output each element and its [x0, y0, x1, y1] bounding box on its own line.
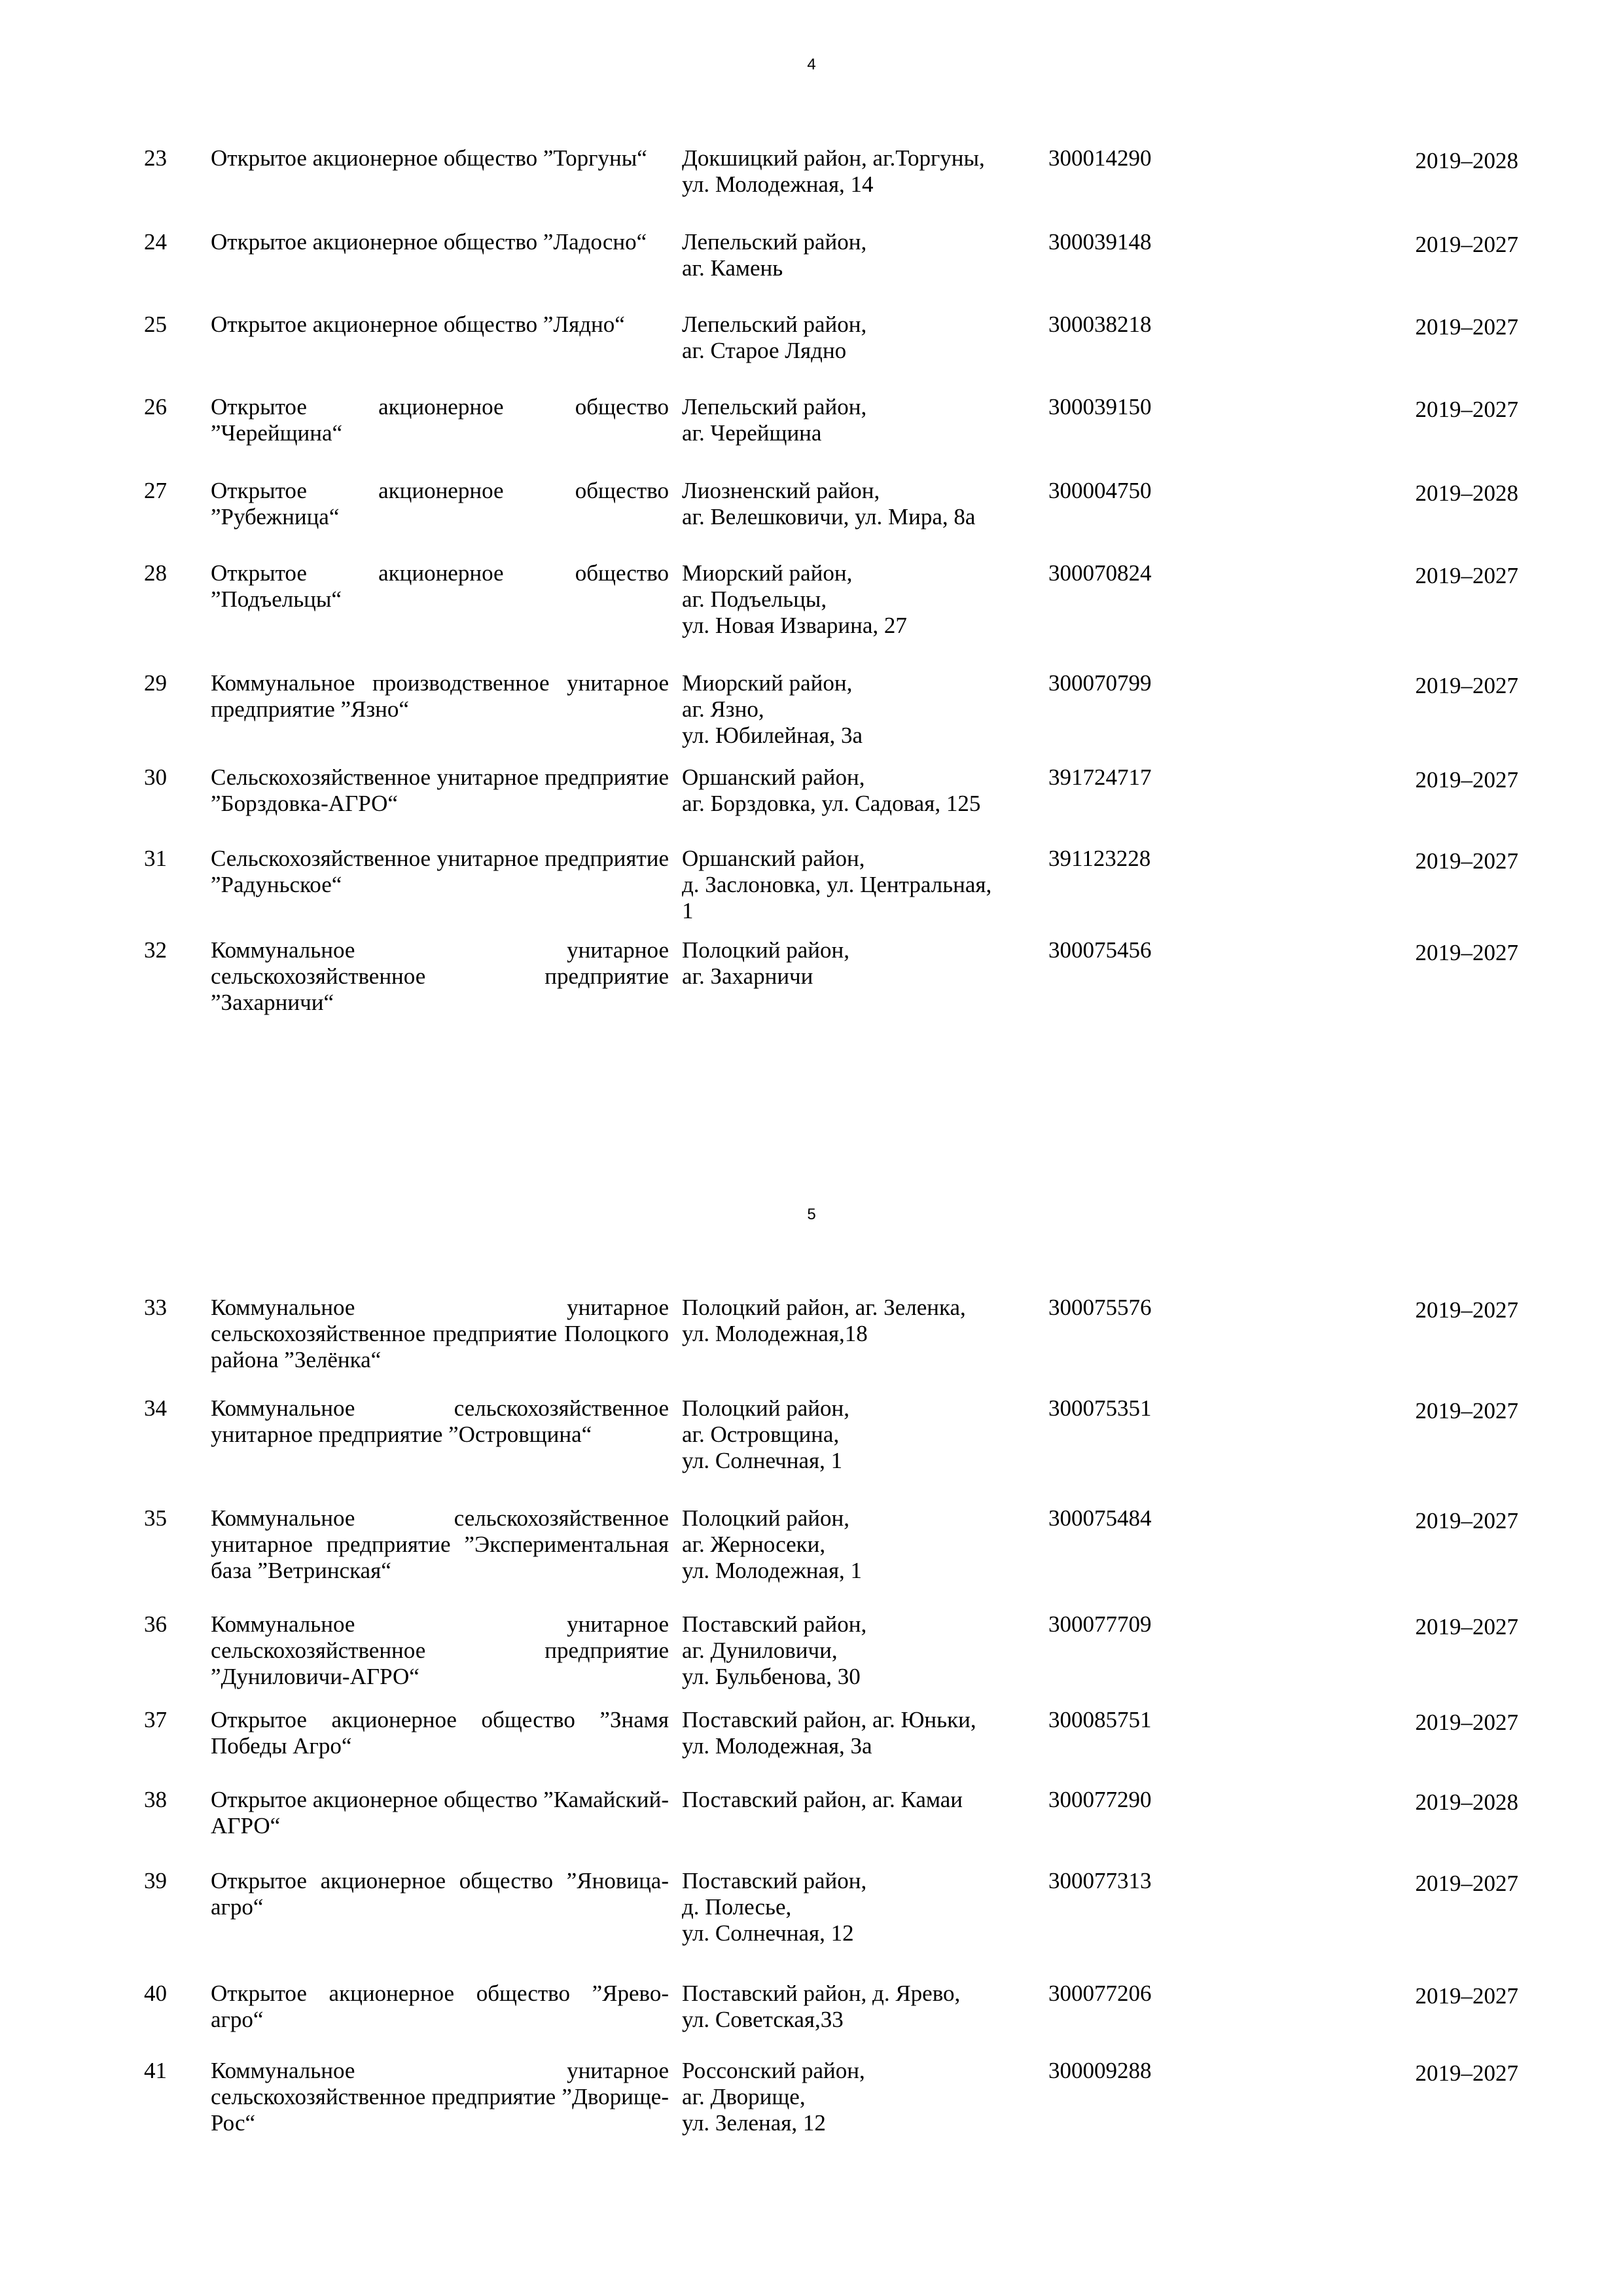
table-row: 32 Коммунальное унитарное сельскохозяйст…	[131, 937, 1518, 1022]
table-row: 35 Коммунальное сельскохозяйственное уни…	[131, 1505, 1518, 1611]
enterprise-address: Поставский район, аг. Камаи	[682, 1787, 1048, 1868]
enterprise-name: Открытое акционерное общество ”Черейщина…	[211, 394, 682, 478]
row-number: 29	[131, 670, 211, 764]
program-period: 2019–2027	[1284, 670, 1518, 764]
enterprise-code: 300014290	[1048, 145, 1284, 229]
enterprise-code: 391724717	[1048, 764, 1284, 846]
enterprise-code: 300039150	[1048, 394, 1284, 478]
enterprise-address: Миорский район, аг. Подъельцы, ул. Новая…	[682, 560, 1048, 670]
program-period: 2019–2027	[1284, 1611, 1518, 1707]
enterprise-name: Коммунальное унитарное сельскохозяйствен…	[211, 1295, 682, 1395]
enterprise-table-page-5: 33 Коммунальное унитарное сельскохозяйст…	[131, 1295, 1518, 2149]
enterprise-name: Открытое акционерное общество ”Камайский…	[211, 1787, 682, 1868]
enterprise-address: Поставский район, д. Ярево, ул. Советска…	[682, 1981, 1048, 2058]
enterprise-address: Миорский район, аг. Язно, ул. Юбилейная,…	[682, 670, 1048, 764]
row-number: 24	[131, 229, 211, 312]
enterprise-code: 300075576	[1048, 1295, 1284, 1395]
row-number: 23	[131, 145, 211, 229]
enterprise-name: Коммунальное сельскохозяйственное унитар…	[211, 1395, 682, 1505]
program-period: 2019–2027	[1284, 846, 1518, 937]
enterprise-address: Полоцкий район, аг. Зеленка, ул. Молодеж…	[682, 1295, 1048, 1395]
enterprise-name: Сельскохозяйственное унитарное предприят…	[211, 764, 682, 846]
enterprise-name: Коммунальное унитарное сельскохозяйствен…	[211, 2058, 682, 2149]
enterprise-address: Лиозненский район, аг. Велешковичи, ул. …	[682, 478, 1048, 560]
program-period: 2019–2027	[1284, 937, 1518, 1022]
enterprise-name: Сельскохозяйственное унитарное предприят…	[211, 846, 682, 937]
program-period: 2019–2028	[1284, 145, 1518, 229]
enterprise-address: Оршанский район, аг. Борздовка, ул. Садо…	[682, 764, 1048, 846]
table-row: 30 Сельскохозяйственное унитарное предпр…	[131, 764, 1518, 846]
enterprise-address: Лепельский район, аг. Черейщина	[682, 394, 1048, 478]
enterprise-address: Поставский район, аг. Юньки, ул. Молодеж…	[682, 1707, 1048, 1787]
table-row: 33 Коммунальное унитарное сельскохозяйст…	[131, 1295, 1518, 1395]
enterprise-name: Открытое акционерное общество ”Ладосно“	[211, 229, 682, 312]
row-number: 30	[131, 764, 211, 846]
table-row: 40 Открытое акционерное общество ”Ярево-…	[131, 1981, 1518, 2058]
enterprise-code: 300039148	[1048, 229, 1284, 312]
enterprise-code: 300075456	[1048, 937, 1284, 1022]
enterprise-code: 300075351	[1048, 1395, 1284, 1505]
enterprise-code: 300077290	[1048, 1787, 1284, 1868]
enterprise-address: Полоцкий район, аг. Захарничи	[682, 937, 1048, 1022]
table-row: 37 Открытое акционерное общество ”Знамя …	[131, 1707, 1518, 1787]
program-period: 2019–2027	[1284, 1395, 1518, 1505]
enterprise-code: 300077313	[1048, 1868, 1284, 1981]
enterprise-code: 300070824	[1048, 560, 1284, 670]
program-period: 2019–2027	[1284, 312, 1518, 394]
row-number: 38	[131, 1787, 211, 1868]
program-period: 2019–2027	[1284, 2058, 1518, 2149]
program-period: 2019–2028	[1284, 1787, 1518, 1868]
enterprise-address: Лепельский район, аг. Старое Лядно	[682, 312, 1048, 394]
program-period: 2019–2027	[1284, 560, 1518, 670]
enterprise-name: Коммунальное унитарное сельскохозяйствен…	[211, 1611, 682, 1707]
enterprise-table-page-4: 23 Открытое акционерное общество ”Торгун…	[131, 145, 1518, 1022]
enterprise-code: 300070799	[1048, 670, 1284, 764]
enterprise-name: Коммунальное сельскохозяйственное унитар…	[211, 1505, 682, 1611]
table-row: 41 Коммунальное унитарное сельскохозяйст…	[131, 2058, 1518, 2149]
enterprise-name: Коммунальное унитарное сельскохозяйствен…	[211, 937, 682, 1022]
enterprise-name: Открытое акционерное общество ”Рубежница…	[211, 478, 682, 560]
row-number: 37	[131, 1707, 211, 1787]
table-row: 24 Открытое акционерное общество ”Ладосн…	[131, 229, 1518, 312]
table-row: 23 Открытое акционерное общество ”Торгун…	[131, 145, 1518, 229]
table-row: 39 Открытое акционерное общество ”Яновиц…	[131, 1868, 1518, 1981]
page-number: 5	[0, 1206, 1623, 1224]
enterprise-name: Открытое акционерное общество ”Лядно“	[211, 312, 682, 394]
enterprise-address: Докшицкий район, аг.Торгуны, ул. Молодеж…	[682, 145, 1048, 229]
row-number: 32	[131, 937, 211, 1022]
row-number: 26	[131, 394, 211, 478]
page-number: 4	[0, 56, 1623, 74]
program-period: 2019–2027	[1284, 1505, 1518, 1611]
enterprise-code: 300038218	[1048, 312, 1284, 394]
row-number: 41	[131, 2058, 211, 2149]
row-number: 34	[131, 1395, 211, 1505]
table-row: 25 Открытое акционерное общество ”Лядно“…	[131, 312, 1518, 394]
table-row: 34 Коммунальное сельскохозяйственное уни…	[131, 1395, 1518, 1505]
enterprise-name: Коммунальное производственное унитарное …	[211, 670, 682, 764]
table-row: 31 Сельскохозяйственное унитарное предпр…	[131, 846, 1518, 937]
enterprise-code: 391123228	[1048, 846, 1284, 937]
enterprise-code: 300085751	[1048, 1707, 1284, 1787]
enterprise-code: 300077206	[1048, 1981, 1284, 2058]
row-number: 28	[131, 560, 211, 670]
program-period: 2019–2027	[1284, 1707, 1518, 1787]
enterprise-code: 300004750	[1048, 478, 1284, 560]
program-period: 2019–2028	[1284, 478, 1518, 560]
enterprise-name: Открытое акционерное общество ”Яновица-а…	[211, 1868, 682, 1981]
table-row: 27 Открытое акционерное общество ”Рубежн…	[131, 478, 1518, 560]
enterprise-address: Поставский район, д. Полесье, ул. Солнеч…	[682, 1868, 1048, 1981]
row-number: 39	[131, 1868, 211, 1981]
enterprise-code: 300077709	[1048, 1611, 1284, 1707]
table-row: 36 Коммунальное унитарное сельскохозяйст…	[131, 1611, 1518, 1707]
program-period: 2019–2027	[1284, 394, 1518, 478]
table-row: 38 Открытое акционерное общество ”Камайс…	[131, 1787, 1518, 1868]
row-number: 40	[131, 1981, 211, 2058]
row-number: 31	[131, 846, 211, 937]
program-period: 2019–2027	[1284, 229, 1518, 312]
table-row: 26 Открытое акционерное общество ”Черейщ…	[131, 394, 1518, 478]
enterprise-name: Открытое акционерное общество ”Ярево-агр…	[211, 1981, 682, 2058]
enterprise-address: Оршанский район, д. Заслоновка, ул. Цент…	[682, 846, 1048, 937]
row-number: 33	[131, 1295, 211, 1395]
row-number: 35	[131, 1505, 211, 1611]
enterprise-code: 300009288	[1048, 2058, 1284, 2149]
enterprise-address: Полоцкий район, аг. Островщина, ул. Солн…	[682, 1395, 1048, 1505]
program-period: 2019–2027	[1284, 1295, 1518, 1395]
enterprise-name: Открытое акционерное общество ”Подъельцы…	[211, 560, 682, 670]
table-row: 29 Коммунальное производственное унитарн…	[131, 670, 1518, 764]
program-period: 2019–2027	[1284, 1868, 1518, 1981]
enterprise-address: Поставский район, аг. Дуниловичи, ул. Бу…	[682, 1611, 1048, 1707]
enterprise-address: Полоцкий район, аг. Жерносеки, ул. Молод…	[682, 1505, 1048, 1611]
row-number: 27	[131, 478, 211, 560]
enterprise-address: Лепельский район, аг. Камень	[682, 229, 1048, 312]
enterprise-name: Открытое акционерное общество ”Торгуны“	[211, 145, 682, 229]
enterprise-name: Открытое акционерное общество ”Знамя Поб…	[211, 1707, 682, 1787]
enterprise-code: 300075484	[1048, 1505, 1284, 1611]
row-number: 25	[131, 312, 211, 394]
program-period: 2019–2027	[1284, 764, 1518, 846]
enterprise-address: Россонский район, аг. Дворище, ул. Зелен…	[682, 2058, 1048, 2149]
program-period: 2019–2027	[1284, 1981, 1518, 2058]
row-number: 36	[131, 1611, 211, 1707]
table-row: 28 Открытое акционерное общество ”Подъел…	[131, 560, 1518, 670]
